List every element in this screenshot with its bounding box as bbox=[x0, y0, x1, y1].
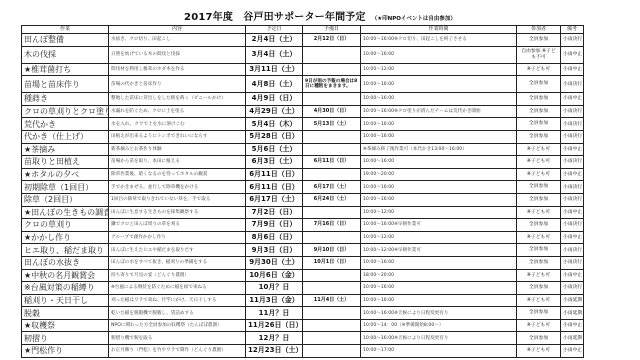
table-cell-content: 持ち寄りで月見の宴（どんぐり農園） bbox=[109, 269, 246, 282]
table-cell-remarks: 小雨決行 bbox=[561, 282, 584, 295]
table-cell-remarks: 小雨中止 bbox=[561, 143, 584, 156]
table-cell-content: 水を入れ、クワで土を水に溶けこむ bbox=[109, 118, 246, 131]
table-row: ★椎茸菌打ち間伐材を利用し椎茸のホダ木を作る3月11日（土）10:00～12:0… bbox=[22, 63, 584, 76]
table-cell-date: 6月17日（土） bbox=[246, 193, 303, 206]
table-cell-date: 5月28日（日） bbox=[246, 130, 303, 143]
table-cell-content: 除草作業後、暗くなるのを待ってホタルの観賞 bbox=[109, 168, 246, 181]
table-row: 田んぼ整備水抜き、クロ切り、田起こし2月4日（土）2月12日（日）10:00～1… bbox=[22, 34, 584, 47]
table-cell-work-time: 10:00～12:00 bbox=[361, 231, 517, 244]
table-cell-participants: 全員参加 bbox=[517, 193, 561, 206]
table-cell-reserve-date: 2月12日（日） bbox=[303, 34, 361, 47]
table-cell-content: 水漏れを防ぐため、クロに土を塗る bbox=[109, 105, 246, 118]
table-row: 初期除草（1回目）手でかきまぜる。並行して除草機をかける6月11日（日）6月17… bbox=[22, 181, 584, 194]
table-cell-date: 11月26日（日） bbox=[246, 319, 303, 332]
table-cell-reserve-date bbox=[303, 332, 361, 345]
table-cell-content: NPOに関わった方全員参加の収穫祭（たんぼぼ農園） bbox=[109, 319, 246, 332]
table-cell-task: ★収穫祭 bbox=[22, 319, 109, 332]
table-cell-remarks: 小雨決行 bbox=[561, 34, 584, 47]
table-cell-content: 間伐材を利用し椎茸のホダ木を作る bbox=[109, 63, 246, 76]
table-cell-participants: 自由参加 ※子ども不可 bbox=[517, 46, 561, 63]
column-header-work-time: 作業時間 bbox=[361, 26, 517, 34]
table-cell-task: 種蒔き bbox=[22, 93, 109, 106]
table-cell-reserve-date bbox=[303, 93, 361, 106]
table-cell-task: クロの草刈りとクロ塗り bbox=[22, 105, 109, 118]
table-row: 木の伐採日照を妨げている木の間伐と伐採3月4日（土）10:00～16:00自由参… bbox=[22, 46, 584, 63]
table-row: ★門松作りお正月飾り（門松）を竹やワラで制作（どんぐり農園）12月23日（土）1… bbox=[22, 345, 584, 358]
table-cell-remarks: 小雨決行 bbox=[561, 130, 584, 143]
table-cell-date: 4月29日（土） bbox=[246, 105, 303, 118]
table-cell-task: 苗場と苗床作り bbox=[22, 76, 109, 93]
column-header-remarks: 備考 bbox=[561, 26, 584, 34]
table-cell-task: 代かき（仕上げ） bbox=[22, 130, 109, 143]
table-cell-reserve-date: 9月10日（日） bbox=[303, 244, 361, 257]
table-cell-reserve-date bbox=[303, 168, 361, 181]
table-row: 除草（2回目）1回目の除草で取りきれていない草を、手で取る6月17日（土）6月2… bbox=[22, 193, 584, 206]
table-cell-work-time: 18:00～20:00 bbox=[361, 269, 517, 282]
table-cell-work-time: 10:00～16:00※クロ切り、田起こしを終了させる bbox=[361, 34, 517, 47]
table-cell-remarks: 小雨中止 bbox=[561, 345, 584, 358]
table-cell-task: 脱穀 bbox=[22, 307, 109, 320]
column-header-reserve-date: 予備日 bbox=[303, 26, 361, 34]
table-row: 荒代かき水を入れ、クワで土を水に溶けこむ5月4日（木）5月13日（土）10:00… bbox=[22, 118, 584, 131]
table-cell-participants: 全員参加 bbox=[517, 130, 561, 143]
table-cell-participants: ※子ども可 bbox=[517, 63, 561, 76]
table-cell-reserve-date: 6月24日（土） bbox=[303, 193, 361, 206]
table-cell-date: 10月？日 bbox=[246, 282, 303, 295]
table-cell-work-time: 10:00～12:00※早朝作業可 bbox=[361, 244, 517, 257]
table-cell-date: 11月3日（金） bbox=[246, 294, 303, 307]
table-cell-content: 水抜き、クロ切り、田起こし bbox=[109, 34, 246, 47]
table-cell-remarks: 小雨決行 bbox=[561, 244, 584, 257]
table-cell-remarks: 小雨中止 bbox=[561, 63, 584, 76]
table-cell-task: ★茶摘み bbox=[22, 143, 109, 156]
table-cell-remarks: 小雨決行 bbox=[561, 256, 584, 269]
table-cell-participants: 全員参加 bbox=[517, 332, 561, 345]
table-cell-content: 乾いた稲を脱穀機で脱穀し、袋詰めする bbox=[109, 307, 246, 320]
table-cell-work-time: 10:00～12:00 bbox=[361, 63, 517, 76]
table-cell-remarks: 小雨中止 bbox=[561, 269, 584, 282]
table-row: 代かき（仕上げ）田植えが出来るようにトンボできれいにならす5月28日（日）10:… bbox=[22, 130, 584, 143]
table-row: クロの草刈り鎌でクロと田んぼ周りの草を刈る7月9日（日）7月16日（日）10:0… bbox=[22, 219, 584, 232]
table-cell-remarks: 小雨中止 bbox=[561, 93, 584, 106]
table-cell-work-time: 10:00～16:00 bbox=[361, 130, 517, 143]
table-cell-content: 田植えが出来るようにトンボできれいにならす bbox=[109, 130, 246, 143]
table-cell-content: 整地した苗床に芽出しをした籾を蒔く（ビニールかけ） bbox=[109, 93, 246, 106]
table-row: ★かかし作りグループで創作かかし作り8月6日（日）10:00～12:00※子ども… bbox=[22, 231, 584, 244]
table-cell-work-time: 10:00～16:00 bbox=[361, 256, 517, 269]
table-cell-participants: ※子ども可 bbox=[517, 143, 561, 156]
table-cell-task: ★ホタルの夕べ bbox=[22, 168, 109, 181]
table-cell-date: 7月9日（日） bbox=[246, 219, 303, 232]
table-cell-date: 2月4日（土） bbox=[246, 34, 303, 47]
table-cell-remarks: 小雨延期 bbox=[561, 307, 584, 320]
table-row: 稲刈り・天日干し刈った稲はワラで束ね、竹竿にかけ、天日干しする11月3日（金）1… bbox=[22, 294, 584, 307]
table-cell-work-time: 10:00～16:00 bbox=[361, 294, 517, 307]
table-cell-participants: ※子ども可 bbox=[517, 345, 561, 358]
table-row: ★田んぼの生きもの調査田んぼに生息する生きものを採集観察する7月2日（日）10:… bbox=[22, 206, 584, 219]
table-cell-participants: 全員参加 bbox=[517, 93, 561, 106]
table-cell-work-time: 10:00～16:00 bbox=[361, 118, 517, 131]
table-cell-participants: 全員参加 bbox=[517, 118, 561, 131]
table-cell-task: 田んぼの水抜き bbox=[22, 256, 109, 269]
table-cell-participants: ※子ども可 bbox=[517, 269, 561, 282]
table-cell-date: 9月3日（日） bbox=[246, 244, 303, 257]
table-cell-reserve-date bbox=[303, 206, 361, 219]
table-cell-participants: 全員参加 bbox=[517, 244, 561, 257]
table-cell-task: 荒代かき bbox=[22, 118, 109, 131]
table-row: ★茶摘み新茶摘みとお茶作り体験5月6日（土）※茶摘み終了後作業可（本代かき13:… bbox=[22, 143, 584, 156]
table-cell-date: 5月6日（土） bbox=[246, 143, 303, 156]
table-cell-remarks: 小雨中止 bbox=[561, 206, 584, 219]
table-cell-remarks: 小雨中止 bbox=[561, 168, 584, 181]
table-cell-remarks: 小雨中止 bbox=[561, 319, 584, 332]
table-cell-participants: ※子ども可 bbox=[517, 168, 561, 181]
table-row: 籾摺り籾摺り機で籾を取る12月？日10:00～16:00※天候により日程変更有り… bbox=[22, 332, 584, 345]
table-cell-date: 3月11日（土） bbox=[246, 63, 303, 76]
table-cell-participants: ※子ども可 bbox=[517, 156, 561, 169]
table-row: 田んぼの水抜き田んぼの水をすべて抜き、稲刈りの準備をする9月30日（土）10月1… bbox=[22, 256, 584, 269]
table-cell-content: 日照を妨げている木の間伐と伐採 bbox=[109, 46, 246, 63]
table-cell-reserve-date: 5月13日（土） bbox=[303, 118, 361, 131]
table-cell-reserve-date: 9日が雨の予報の場合は8日に種籾をまきます。 bbox=[303, 76, 361, 93]
table-cell-date: 10月6日（金） bbox=[246, 269, 303, 282]
table-cell-task: 木の伐採 bbox=[22, 46, 109, 63]
table-cell-work-time: 10:00～16:00 bbox=[361, 193, 517, 206]
table-cell-participants: 全員参加 bbox=[517, 76, 561, 93]
table-cell-work-time: 10:00～16:00 bbox=[361, 46, 517, 63]
table-row: 苗場と苗床作り苗場の代かきと苗床作り4月8日（土）9日が雨の予報の場合は8日に種… bbox=[22, 76, 584, 93]
table-cell-reserve-date: 7月16日（日） bbox=[303, 219, 361, 232]
table-cell-content: お正月飾り（門松）を竹やワラで制作（どんぐり農園） bbox=[109, 345, 246, 358]
table-cell-content: 苗場から苗を取り、本田に植える bbox=[109, 156, 246, 169]
table-cell-task: クロの草刈り bbox=[22, 219, 109, 232]
table-cell-content: ※台風による倒伏を防ぐために稲を紐で束ねる bbox=[109, 282, 246, 295]
table-cell-work-time: 10:00～16:00※天候により日程変更有り bbox=[361, 332, 517, 345]
table-cell-work-time: 10:00～16:00※天候により日程変更有り bbox=[361, 307, 517, 320]
table-cell-date: 4月9日（日） bbox=[246, 93, 303, 106]
table-cell-date: 5月4日（木） bbox=[246, 118, 303, 131]
table-row: 苗取りと田植え苗場から苗を取り、本田に植える6月3日（土）6月11日（日）10:… bbox=[22, 156, 584, 169]
table-cell-reserve-date bbox=[303, 269, 361, 282]
table-cell-content: 1回目の除草で取りきれていない草を、手で取る bbox=[109, 193, 246, 206]
table-cell-date: 9月30日（土） bbox=[246, 256, 303, 269]
table-cell-work-time: 10:00～16:00 bbox=[361, 181, 517, 194]
table-row: ★中秋の名月観賞会持ち寄りで月見の宴（どんぐり農園）10月6日（金）18:00～… bbox=[22, 269, 584, 282]
table-cell-task: ★椎茸菌打ち bbox=[22, 63, 109, 76]
table-cell-participants: 全員参加 bbox=[517, 256, 561, 269]
table-row: ★収穫祭NPOに関わった方全員参加の収穫祭（たんぼぼ農園）11月26日（日）10… bbox=[22, 319, 584, 332]
table-cell-content: 苗場の代かきと苗床作り bbox=[109, 76, 246, 93]
table-cell-participants: 全員参加 bbox=[517, 282, 561, 295]
table-cell-reserve-date bbox=[303, 307, 361, 320]
table-cell-content: グループで創作かかし作り bbox=[109, 231, 246, 244]
table-cell-work-time: 10:00～16:00 bbox=[361, 76, 517, 93]
schedule-table-body: 田んぼ整備水抜き、クロ切り、田起こし2月4日（土）2月12日（日）10:00～1… bbox=[22, 34, 584, 358]
table-row: ★ホタルの夕べ除草作業後、暗くなるのを待ってホタルの観賞6月11日（日）19:0… bbox=[22, 168, 584, 181]
table-cell-task: ヒエ取り、稲だま取り bbox=[22, 244, 109, 257]
table-cell-task: ★田んぼの生きもの調査 bbox=[22, 206, 109, 219]
table-row: ヒエ取り、稲だま取り田んぼに生えたヒエや稲だまを取りだす9月3日（日）9月10日… bbox=[22, 244, 584, 257]
table-cell-reserve-date bbox=[303, 63, 361, 76]
table-cell-participants: ※子ども可 bbox=[517, 206, 561, 219]
table-cell-task: 田んぼ整備 bbox=[22, 34, 109, 47]
table-cell-date: 6月11日（日） bbox=[246, 168, 303, 181]
table-cell-task: ※台風対策の稲縛り bbox=[22, 282, 109, 295]
table-cell-content: 新茶摘みとお茶作り体験 bbox=[109, 143, 246, 156]
table-cell-participants: 全員参加 bbox=[517, 307, 561, 320]
table-cell-remarks: 小雨決行 bbox=[561, 118, 584, 131]
table-cell-task: 初期除草（1回目） bbox=[22, 181, 109, 194]
table-cell-task: ★中秋の名月観賞会 bbox=[22, 269, 109, 282]
table-cell-work-time: 10:00～16:00※早朝作業可 bbox=[361, 219, 517, 232]
table-cell-content: 田んぼに生息する生きものを採集観察する bbox=[109, 206, 246, 219]
table-cell-remarks: 小雨延期 bbox=[561, 332, 584, 345]
table-cell-remarks: 小雨中止 bbox=[561, 46, 584, 63]
table-cell-remarks: 小雨中止 bbox=[561, 231, 584, 244]
table-cell-work-time: 10:00～16:00 bbox=[361, 156, 517, 169]
table-cell-task: ★かかし作り bbox=[22, 231, 109, 244]
table-cell-participants: ※子ども可 bbox=[517, 231, 561, 244]
table-cell-remarks: 小雨延期 bbox=[561, 294, 584, 307]
table-cell-reserve-date: 4月30日（日） bbox=[303, 105, 361, 118]
table-row: 脱穀乾いた稲を脱穀機で脱穀し、袋詰めする11月？日10:00～16:00※天候に… bbox=[22, 307, 584, 320]
table-cell-participants: 全員参加 bbox=[517, 219, 561, 232]
table-cell-remarks: 小雨決行 bbox=[561, 156, 584, 169]
table-cell-content: 鎌でクロと田んぼ周りの草を刈る bbox=[109, 219, 246, 232]
table-cell-work-time: ※茶摘み終了後作業可（本代かき13:00～16:00） bbox=[361, 143, 517, 156]
table-cell-work-time: 10:00～17:00 bbox=[361, 345, 517, 358]
table-cell-reserve-date: 10月1日（日） bbox=[303, 256, 361, 269]
document-subtitle: （★印NPOイベントは自由参加） bbox=[372, 16, 456, 22]
table-cell-reserve-date bbox=[303, 143, 361, 156]
table-cell-work-time: 10:00～12:00 bbox=[361, 206, 517, 219]
table-cell-participants: 全員参加 bbox=[517, 181, 561, 194]
table-row: クロの草刈りとクロ塗り水漏れを防ぐため、クロに土を塗る4月29日（土）4月30日… bbox=[22, 105, 584, 118]
table-cell-reserve-date: 6月17日（土） bbox=[303, 181, 361, 194]
table-cell-task: 苗取りと田植え bbox=[22, 156, 109, 169]
table-cell-remarks: 小雨決行 bbox=[561, 105, 584, 118]
table-cell-content: 田んぼに生えたヒエや稲だまを取りだす bbox=[109, 244, 246, 257]
table-cell-date: 4月8日（土） bbox=[246, 76, 303, 93]
table-cell-content: 手でかきまぜる。並行して除草機をかける bbox=[109, 181, 246, 194]
table-row: 種蒔き整地した苗床に芽出しをした籾を蒔く（ビニールかけ）4月9日（日）10:00… bbox=[22, 93, 584, 106]
document-header: 2017年度 谷戸田サポーター年間予定（★印NPOイベントは自由参加） bbox=[0, 5, 640, 24]
table-cell-reserve-date: 11月4日（土） bbox=[303, 294, 361, 307]
table-cell-reserve-date: 6月11日（日） bbox=[303, 156, 361, 169]
table-cell-remarks: 小雨決行 bbox=[561, 219, 584, 232]
table-cell-reserve-date bbox=[303, 231, 361, 244]
column-header-content: 内容 bbox=[109, 26, 246, 34]
table-cell-date: 12月23日（土） bbox=[246, 345, 303, 358]
table-row: ※台風対策の稲縛り※台風による倒伏を防ぐために稲を紐で束ねる10月？日10:00… bbox=[22, 282, 584, 295]
table-cell-remarks: 小雨決行 bbox=[561, 181, 584, 194]
table-cell-reserve-date bbox=[303, 345, 361, 358]
table-cell-reserve-date bbox=[303, 130, 361, 143]
schedule-table: 作業 内容 予定日 予備日 作業時間 参加者 備考 田んぼ整備水抜き、クロ切り、… bbox=[21, 25, 584, 358]
table-cell-content: 刈った稲はワラで束ね、竹竿にかけ、天日干しする bbox=[109, 294, 246, 307]
column-header-task: 作業 bbox=[22, 26, 109, 34]
table-cell-date: 8月6日（日） bbox=[246, 231, 303, 244]
table-cell-task: ★門松作り bbox=[22, 345, 109, 358]
table-cell-work-time: 10:00～14：00（※準備開始8:00～） bbox=[361, 319, 517, 332]
table-cell-reserve-date bbox=[303, 319, 361, 332]
table-cell-task: 稲刈り・天日干し bbox=[22, 294, 109, 307]
table-cell-participants: 全員参加 bbox=[517, 34, 561, 47]
table-cell-remarks: 小雨決行 bbox=[561, 193, 584, 206]
column-header-participants: 参加者 bbox=[517, 26, 561, 34]
table-cell-date: 12月？日 bbox=[246, 332, 303, 345]
table-header-row: 作業 内容 予定日 予備日 作業時間 参加者 備考 bbox=[22, 26, 584, 34]
table-cell-content: 田んぼの水をすべて抜き、稲刈りの準備をする bbox=[109, 256, 246, 269]
table-cell-task: 籾摺り bbox=[22, 332, 109, 345]
table-cell-work-time: 10:00～16:00 bbox=[361, 282, 517, 295]
table-cell-participants: ※子ども可 bbox=[517, 294, 561, 307]
table-cell-reserve-date bbox=[303, 282, 361, 295]
table-cell-work-time: 10:00～16:00※クロ塗りが済んだチームは荒代かき開始 bbox=[361, 105, 517, 118]
table-cell-date: 7月2日（日） bbox=[246, 206, 303, 219]
column-header-date: 予定日 bbox=[246, 26, 303, 34]
table-cell-reserve-date bbox=[303, 46, 361, 63]
table-cell-participants: 全員参加 bbox=[517, 105, 561, 118]
table-cell-date: 11月？日 bbox=[246, 307, 303, 320]
document-title: 2017年度 谷戸田サポーター年間予定 bbox=[184, 12, 366, 23]
table-cell-participants: ※子ども可 bbox=[517, 319, 561, 332]
table-cell-date: 3月4日（土） bbox=[246, 46, 303, 63]
table-cell-work-time: 19:00～20:00 bbox=[361, 168, 517, 181]
table-cell-remarks: 小雨決行 bbox=[561, 76, 584, 93]
table-cell-date: 6月11日（日） bbox=[246, 181, 303, 194]
table-cell-date: 6月3日（土） bbox=[246, 156, 303, 169]
table-cell-content: 籾摺り機で籾を取る bbox=[109, 332, 246, 345]
table-cell-task: 除草（2回目） bbox=[22, 193, 109, 206]
table-cell-work-time: 10:00～16:00 bbox=[361, 93, 517, 106]
